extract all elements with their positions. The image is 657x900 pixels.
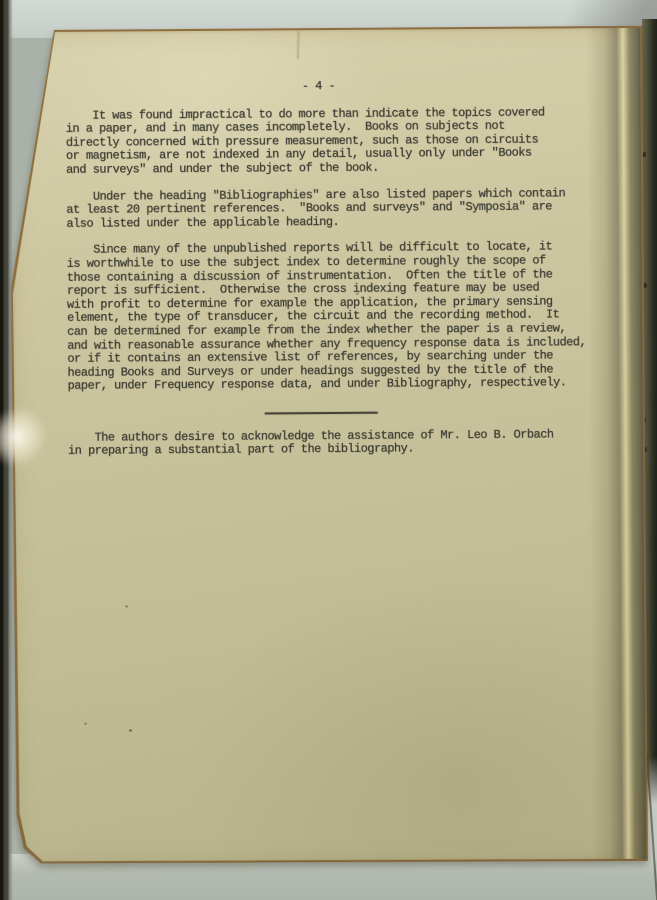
page-container: - 4 - It was found impractical to do mor… <box>9 26 648 865</box>
document-page: - 4 - It was found impractical to do mor… <box>11 28 646 863</box>
paper-crease <box>297 31 300 59</box>
page-number: - 4 - <box>65 78 607 95</box>
typewritten-text: - 4 - It was found impractical to do mor… <box>65 78 610 459</box>
paragraph-acknowledgement: The authors desire to acknowledge the as… <box>68 428 610 459</box>
paragraph-subject-index: Since many of the unpublished reports wi… <box>67 240 610 393</box>
paragraph-bibliographies: Under the heading "Bibliographies" are a… <box>66 187 608 232</box>
typed-divider-line <box>265 412 378 415</box>
scanned-document-photo: - 4 - It was found impractical to do mor… <box>0 0 657 900</box>
paper-specks <box>129 729 132 731</box>
paragraph-topics-covered: It was found impractical to do more than… <box>66 106 608 178</box>
